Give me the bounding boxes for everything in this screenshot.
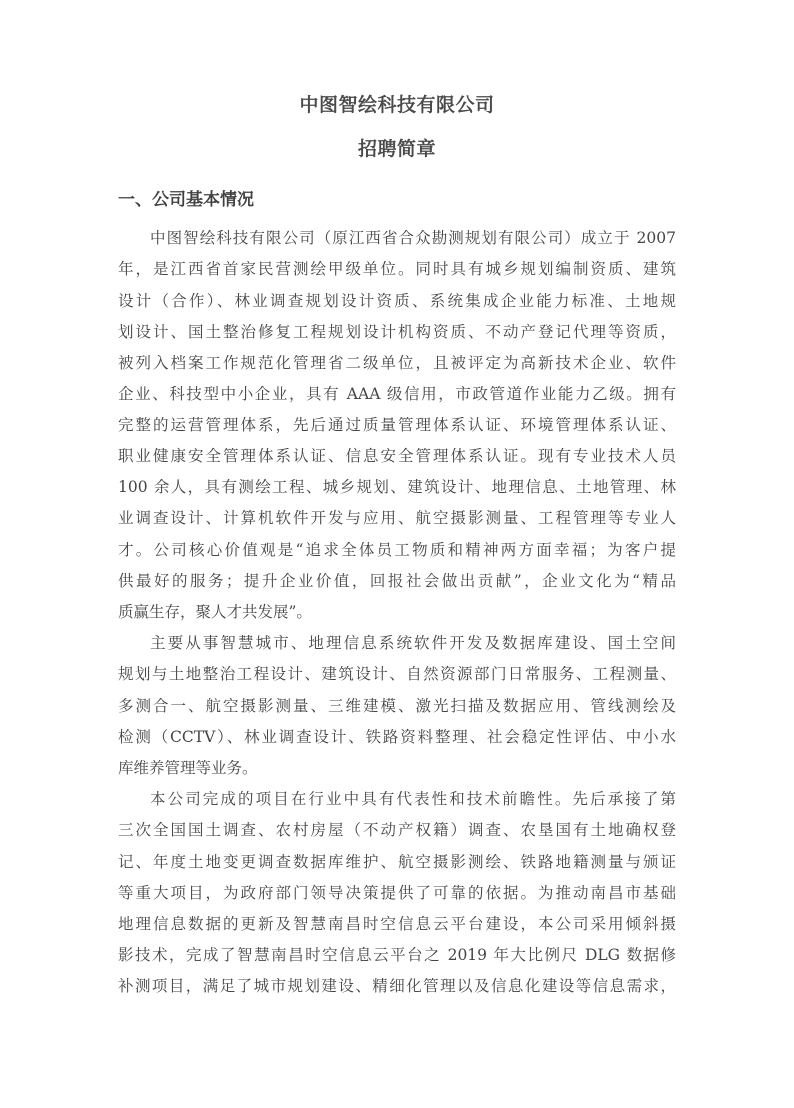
paragraph-2-line: 库维养管理等业务。 [118,758,676,778]
paragraph-3-line: 补测项目，满足了城市规划建设、精细化管理以及信息化建设等信息需求， [118,976,676,996]
paragraph-3-line: 等重大项目，为政府部门领导决策提供了可靠的依据。为推动南昌市基础 [118,883,676,903]
paragraph-1-line: 质赢生存，聚人才共发展”。 [118,602,676,622]
paragraph-1-line: 企业、科技型中小企业，具有 AAA 级信用，市政管道作业能力乙级。拥有 [118,384,676,404]
paragraph-1-line: 年，是江西省首家民营测绘甲级单位。同时具有城乡规划编制资质、建筑 [118,259,676,279]
company-title: 中图智绘科技有限公司 [0,90,794,117]
paragraph-3-line: 影技术，完成了智慧南昌时空信息云平台之 2019 年大比例尺 DLG 数据修 [118,945,676,965]
paragraph-1-line: 业调查设计、计算机软件开发与应用、航空摄影测量、工程管理等专业人 [118,508,676,528]
paragraph-1-line: 划设计、国土整治修复工程规划设计机构资质、不动产登记代理等资质， [118,322,676,342]
paragraph-1-line: 职业健康安全管理体系认证、信息安全管理体系认证。现有专业技术人员 [118,446,676,466]
paragraph-1-line: 供最好的服务；提升企业价值，回报社会做出贡献”，企业文化为“精品 [118,571,676,591]
paragraph-1-line: 才。公司核心价值观是“追求全体员工物质和精神两方面幸福；为客户提 [118,540,676,560]
paragraph-2-line: 主要从事智慧城市、地理信息系统软件开发及数据库建设、国土空间 [150,633,676,653]
section-heading: 一、公司基本情况 [118,185,254,210]
paragraph-1-line: 设计（合作）、林业调查规划设计资质、系统集成企业能力标准、土地规 [118,291,676,311]
paragraph-1-line: 100 余人，具有测绘工程、城乡规划、建筑设计、地理信息、土地管理、林 [118,477,676,497]
paragraph-2-line: 检测（CCTV）、林业调查设计、铁路资料整理、社会稳定性评估、中小水 [118,727,676,747]
document-title: 招聘简章 [0,134,794,161]
paragraph-3-line: 记、年度土地变更调查数据库维护、航空摄影测绘、铁路地籍测量与颁证 [118,852,676,872]
paragraph-1-line: 完整的运营管理体系，先后通过质量管理体系认证、环境管理体系认证、 [118,415,676,435]
paragraph-3-line: 地理信息数据的更新及智慧南昌时空信息云平台建设，本公司采用倾斜摄 [118,914,676,934]
paragraph-3-line: 三次全国国土调查、农村房屋（不动产权籍）调查、农垦国有土地确权登 [118,820,676,840]
paragraph-2-line: 多测合一、航空摄影测量、三维建模、激光扫描及数据应用、管线测绘及 [118,696,676,716]
paragraph-1-line: 中图智绘科技有限公司（原江西省合众勘测规划有限公司）成立于 2007 [150,228,676,248]
document-page: 中图智绘科技有限公司 招聘简章 一、公司基本情况 中图智绘科技有限公司（原江西省… [0,0,794,1108]
paragraph-1-line: 被列入档案工作规范化管理省二级单位，且被评定为高新技术企业、软件 [118,353,676,373]
paragraph-2-line: 规划与土地整治工程设计、建筑设计、自然资源部门日常服务、工程测量、 [118,664,676,684]
paragraph-3-line: 本公司完成的项目在行业中具有代表性和技术前瞻性。先后承接了第 [150,789,676,809]
